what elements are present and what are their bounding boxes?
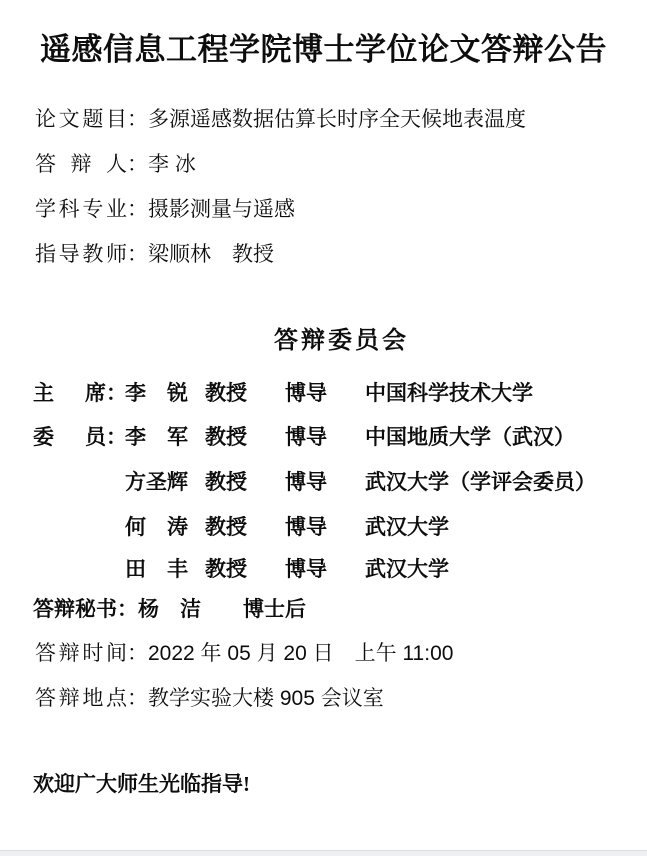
colon: ：: [127, 243, 148, 266]
colon: ：: [127, 153, 148, 176]
member-name: 何 涛: [125, 511, 205, 541]
secretary-label: 答辩秘书: [33, 593, 117, 623]
page-bottom-edge: [0, 850, 647, 856]
page-title: 遥感信息工程学院博士学位论文答辩公告: [0, 24, 647, 69]
secretary-value: 杨 洁 博士后: [138, 597, 306, 621]
colon: ：: [127, 198, 148, 221]
schedule-row-time: 答辩时间：2022 年 05 月 20 日 上午 11:00: [35, 637, 453, 667]
member-name: 田 丰: [125, 553, 205, 583]
member-org: 武汉大学: [365, 511, 647, 541]
committee-row-member: 方圣辉 教授 博导 武汉大学（学评会委员）: [33, 466, 647, 496]
info-row-thesis-title: 论文题目：多源遥感数据估算长时序全天候地表温度: [35, 103, 526, 133]
info-row-major: 学科专业：摄影测量与遥感: [35, 193, 295, 223]
colon: ：: [106, 425, 127, 449]
member-title: 教授: [205, 466, 285, 496]
member-role: 委员：: [33, 421, 125, 451]
defense-announcement-document: 遥感信息工程学院博士学位论文答辩公告 论文题目：多源遥感数据估算长时序全天候地表…: [0, 0, 647, 856]
info-row-candidate: 答辩人：李 冰: [35, 148, 196, 178]
committee-heading: 答辩委员会: [0, 320, 647, 355]
committee-row-chair: 主席： 李 锐 教授 博导 中国科学技术大学: [33, 377, 647, 407]
colon: ：: [117, 597, 138, 621]
member-mentor: 博导: [285, 511, 365, 541]
member-name: 李 锐: [125, 377, 205, 407]
member-mentor: 博导: [285, 377, 365, 407]
info-value: 梁顺林 教授: [148, 243, 274, 266]
schedule-label: 答辩时间: [35, 637, 127, 667]
schedule-row-location: 答辩地点：教学实验大楼 905 会议室: [35, 682, 384, 712]
member-name: 李 军: [125, 421, 205, 451]
info-value: 多源遥感数据估算长时序全天候地表温度: [148, 108, 526, 131]
member-title: 教授: [205, 421, 285, 451]
secretary-row: 答辩秘书：杨 洁 博士后: [33, 593, 306, 623]
member-role: [33, 553, 125, 583]
colon: ：: [127, 108, 148, 131]
member-org: 中国科学技术大学: [365, 377, 647, 407]
member-title: 教授: [205, 553, 285, 583]
info-label: 指导教师: [35, 238, 127, 268]
committee-row-member: 委员： 李 军 教授 博导 中国地质大学（武汉）: [33, 421, 647, 451]
member-mentor: 博导: [285, 466, 365, 496]
member-role: 主席：: [33, 377, 125, 407]
colon: ：: [127, 687, 148, 710]
committee-row-member: 何 涛 教授 博导 武汉大学: [33, 511, 647, 541]
member-title: 教授: [205, 377, 285, 407]
member-role: [33, 466, 125, 496]
info-row-advisor: 指导教师：梁顺林 教授: [35, 238, 274, 268]
member-org: 武汉大学: [365, 553, 647, 583]
info-value: 摄影测量与遥感: [148, 198, 295, 221]
schedule-value: 教学实验大楼 905 会议室: [148, 687, 384, 710]
member-org: 武汉大学（学评会委员）: [365, 466, 647, 496]
info-label: 学科专业: [35, 193, 127, 223]
greeting-text: 欢迎广大师生光临指导!: [33, 768, 250, 798]
member-role: [33, 511, 125, 541]
info-label: 论文题目: [35, 103, 127, 133]
schedule-value: 2022 年 05 月 20 日 上午 11:00: [148, 642, 453, 665]
colon: ：: [106, 381, 127, 405]
info-label: 答辩人: [35, 148, 127, 178]
member-mentor: 博导: [285, 421, 365, 451]
member-title: 教授: [205, 511, 285, 541]
schedule-label: 答辩地点: [35, 682, 127, 712]
info-value: 李 冰: [148, 153, 196, 176]
colon: ：: [127, 642, 148, 665]
committee-row-member: 田 丰 教授 博导 武汉大学: [33, 553, 647, 583]
member-org: 中国地质大学（武汉）: [365, 421, 647, 451]
member-mentor: 博导: [285, 553, 365, 583]
member-name: 方圣辉: [125, 466, 205, 496]
